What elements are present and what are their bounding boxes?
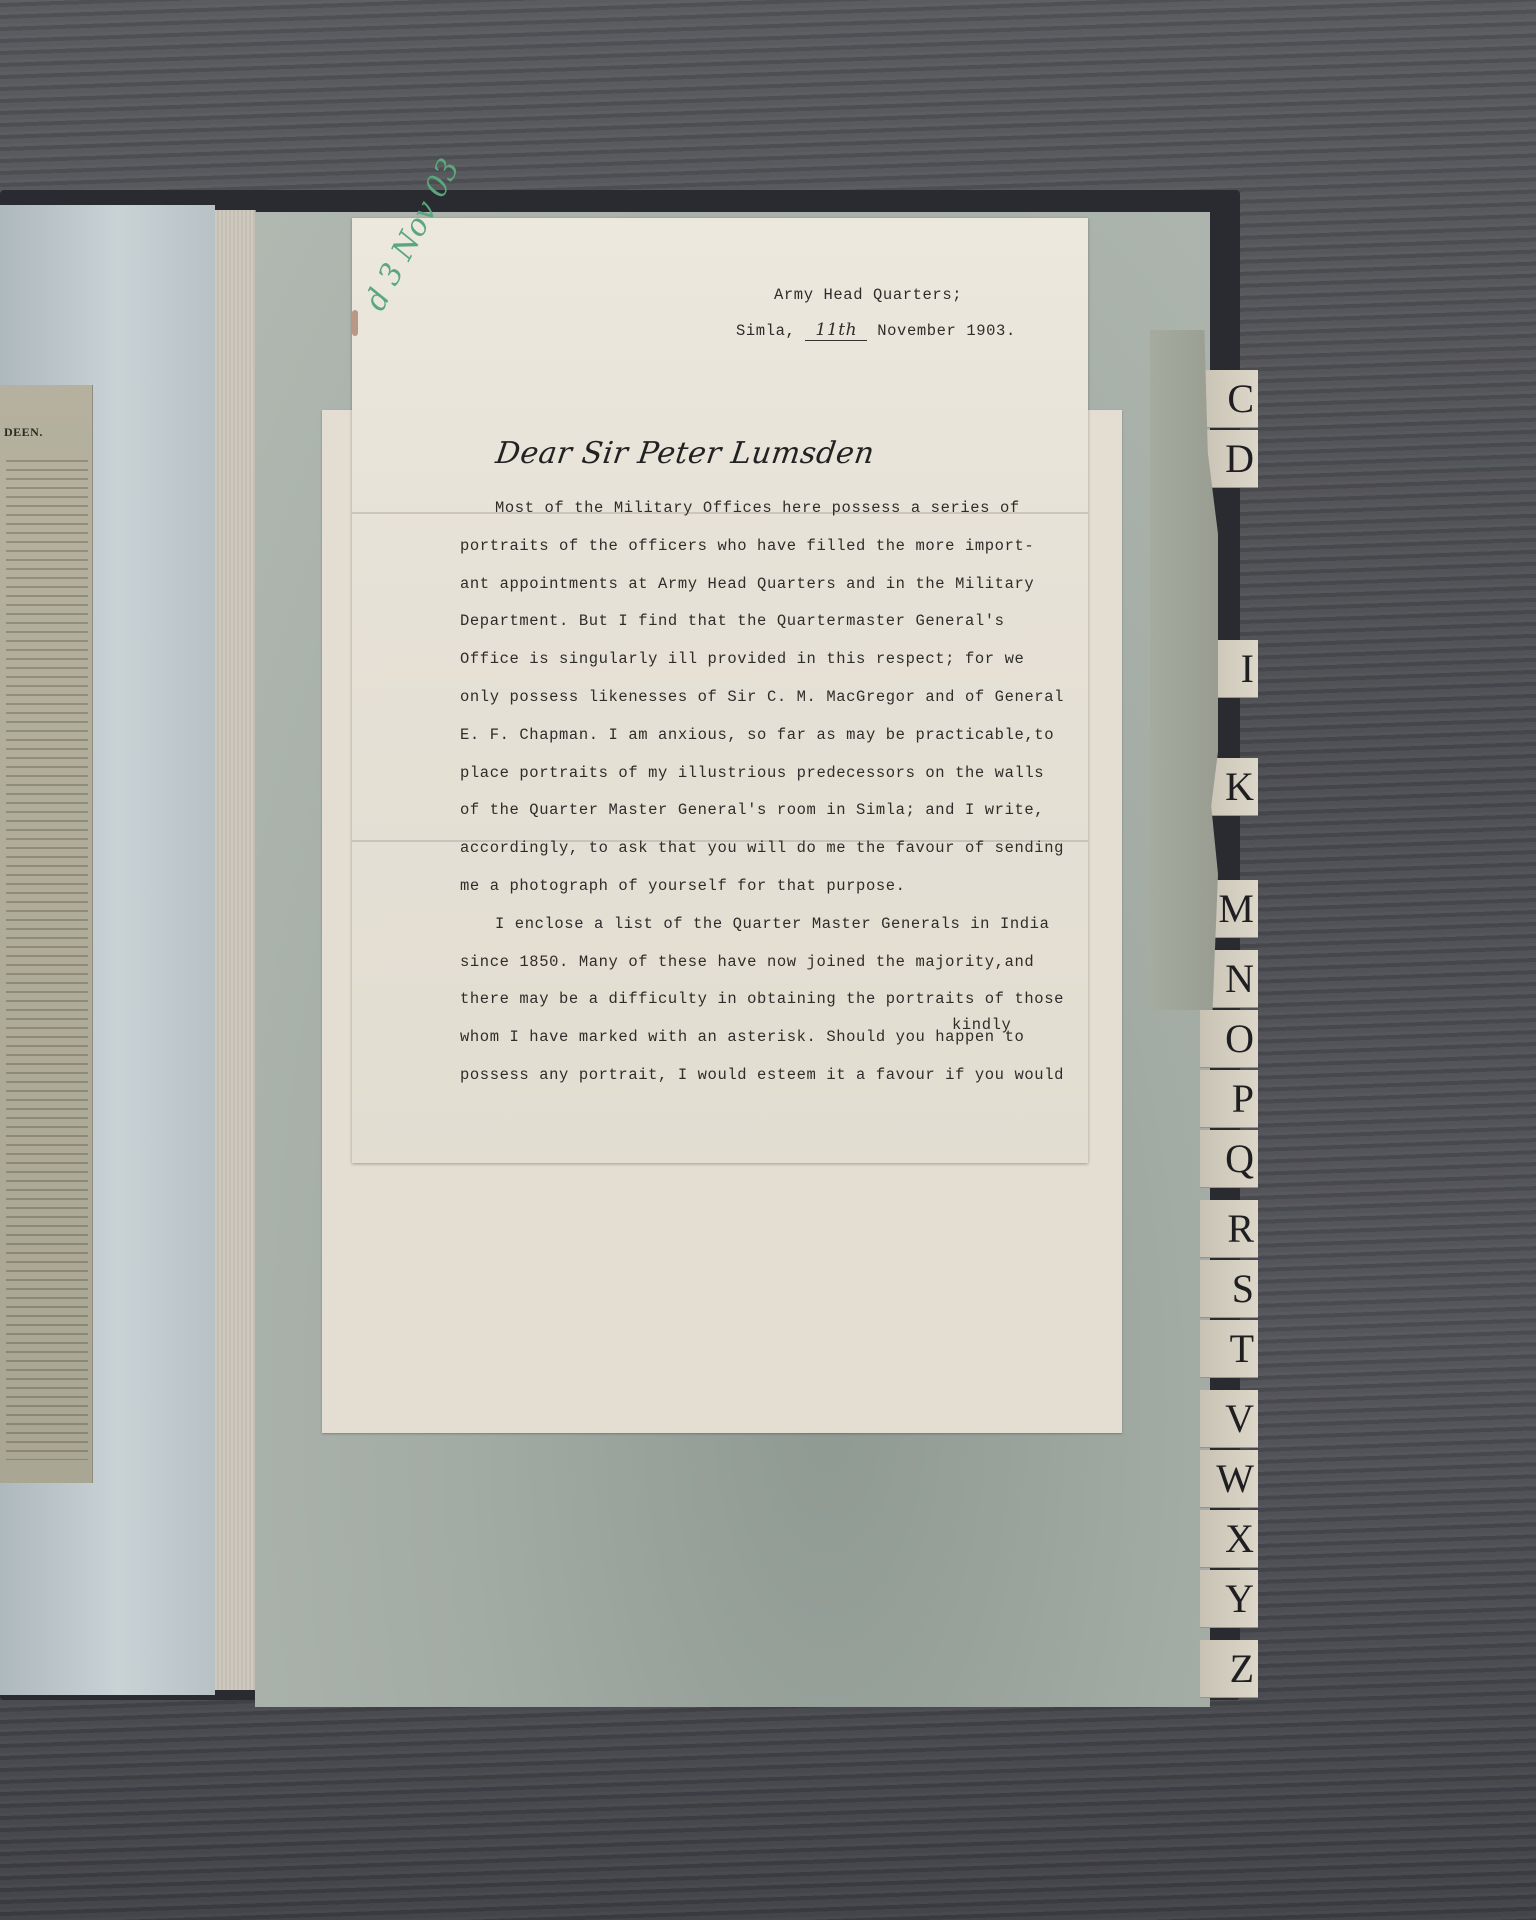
letter-line: there may be a difficulty in obtaining t… [460,981,1060,1019]
letter-line: possess any portrait, I would esteem it … [460,1057,1060,1095]
index-tab-z[interactable]: Z [1200,1640,1258,1698]
index-tab-t[interactable]: T [1200,1320,1258,1378]
header-day: 11th [805,320,867,341]
letter-line: of the Quarter Master General's room in … [460,792,1060,830]
header-month-year: November 1903. [877,322,1016,340]
index-tab-s[interactable]: S [1200,1260,1258,1318]
index-tab-x[interactable]: X [1200,1510,1258,1568]
letter-header-date: Simla, 11th November 1903. [736,320,1016,341]
letter-line: accordingly, to ask that you will do me … [460,830,1060,868]
letter-line: place portraits of my illustrious predec… [460,755,1060,793]
index-tab-c[interactable]: C [1200,370,1258,428]
index-tab-p[interactable]: P [1200,1070,1258,1128]
clipping-text-lines [6,460,88,1460]
letter-line: only possess likenesses of Sir C. M. Mac… [460,679,1060,717]
letter-line: portraits of the officers who have fille… [460,528,1060,566]
index-tab-y[interactable]: Y [1200,1570,1258,1628]
letter-line: Most of the Military Offices here posses… [460,490,1060,528]
letter-body: Most of the Military Offices here posses… [460,490,1060,1095]
clipping-heading: DEEN. [4,425,43,440]
letter-line: Department. But I find that the Quarterm… [460,603,1060,641]
book-spine [215,210,256,1690]
catchword: kindly [952,1016,1011,1034]
index-tab-q[interactable]: Q [1200,1130,1258,1188]
letter-line: Office is singularly ill provided in thi… [460,641,1060,679]
letter-line: E. F. Chapman. I am anxious, so far as m… [460,717,1060,755]
letter-line: ant appointments at Army Head Quarters a… [460,566,1060,604]
letter-line: since 1850. Many of these have now joine… [460,944,1060,982]
index-tab-r[interactable]: R [1200,1200,1258,1258]
letter-line: me a photograph of yourself for that pur… [460,868,1060,906]
paper-tear [352,310,358,336]
header-place: Simla, [736,322,795,340]
index-tab-w[interactable]: W [1200,1450,1258,1508]
letter-line: I enclose a list of the Quarter Master G… [460,906,1060,944]
salutation: Dear Sir Peter Lumsden [494,436,877,471]
index-tab-o[interactable]: O [1200,1010,1258,1068]
letter-header-address: Army Head Quarters; [774,286,962,304]
index-tab-v[interactable]: V [1200,1390,1258,1448]
